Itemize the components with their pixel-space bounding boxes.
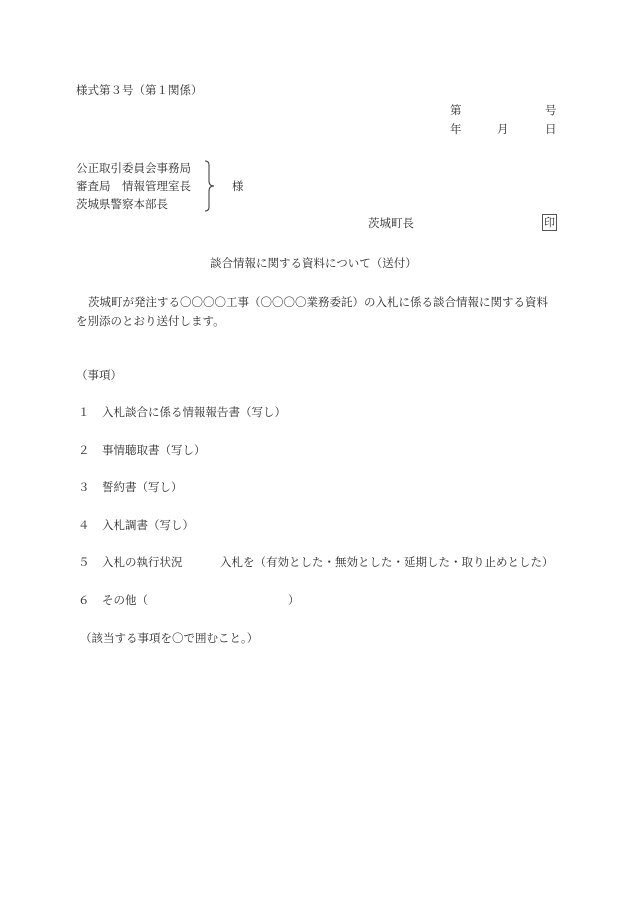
list-item: ３誓約書（写し）: [78, 482, 183, 494]
seal-mark: 印: [542, 214, 557, 231]
item-number: ５: [78, 557, 102, 569]
body-paragraph: 茨城町が発注する〇〇〇〇工事（〇〇〇〇業務委託）の入札に係る談合情報に関する資料…: [76, 293, 558, 331]
doc-number-suffix: 号: [545, 105, 557, 117]
recipient-police: 茨城県警察本部長: [76, 199, 168, 211]
other-close-paren: ）: [288, 595, 300, 607]
item-text: 誓約書（写し）: [102, 480, 183, 494]
item-text: 事情聴取書（写し）: [102, 443, 206, 457]
item-text: 入札談合に係る情報報告書（写し）: [102, 405, 286, 419]
item-text: 入札の執行状況: [102, 555, 183, 569]
list-item: １入札談合に係る情報報告書（写し）: [78, 407, 286, 419]
recipient-info-office: 審査局 情報管理室長: [76, 181, 191, 193]
sender-title: 茨城町長: [368, 218, 414, 230]
list-item: ５入札の執行状況: [78, 557, 183, 569]
date-year-label: 年: [450, 124, 462, 136]
recipient-jftc: 公正取引委員会事務局: [76, 163, 191, 175]
date-day-label: 日: [545, 124, 557, 136]
item-number: ６: [78, 595, 102, 607]
item-number: ４: [78, 520, 102, 532]
bid-status-options: 入札を（有効とした・無効とした・延期した・取り止めとした）: [220, 557, 554, 569]
doc-number-prefix: 第: [450, 105, 462, 117]
item-number: ２: [78, 445, 102, 457]
items-heading: （事項）: [76, 370, 122, 382]
list-item: ４入札調書（写し）: [78, 520, 194, 532]
item-text: 入札調書（写し）: [102, 518, 194, 532]
item-number: １: [78, 407, 102, 419]
date-month-label: 月: [497, 124, 509, 136]
list-item: ２事情聴取書（写し）: [78, 445, 206, 457]
document-title: 談合情報に関する資料について（送付）: [210, 258, 417, 270]
item-text: その他（: [102, 593, 148, 607]
honorific: 様: [232, 181, 244, 193]
form-number: 様式第３号（第１関係）: [76, 85, 203, 97]
item-number: ３: [78, 482, 102, 494]
right-brace-icon: [204, 160, 218, 212]
instruction-note: （該当する事項を〇で囲むこと。）: [80, 633, 258, 645]
list-item: ６その他（: [78, 595, 148, 607]
